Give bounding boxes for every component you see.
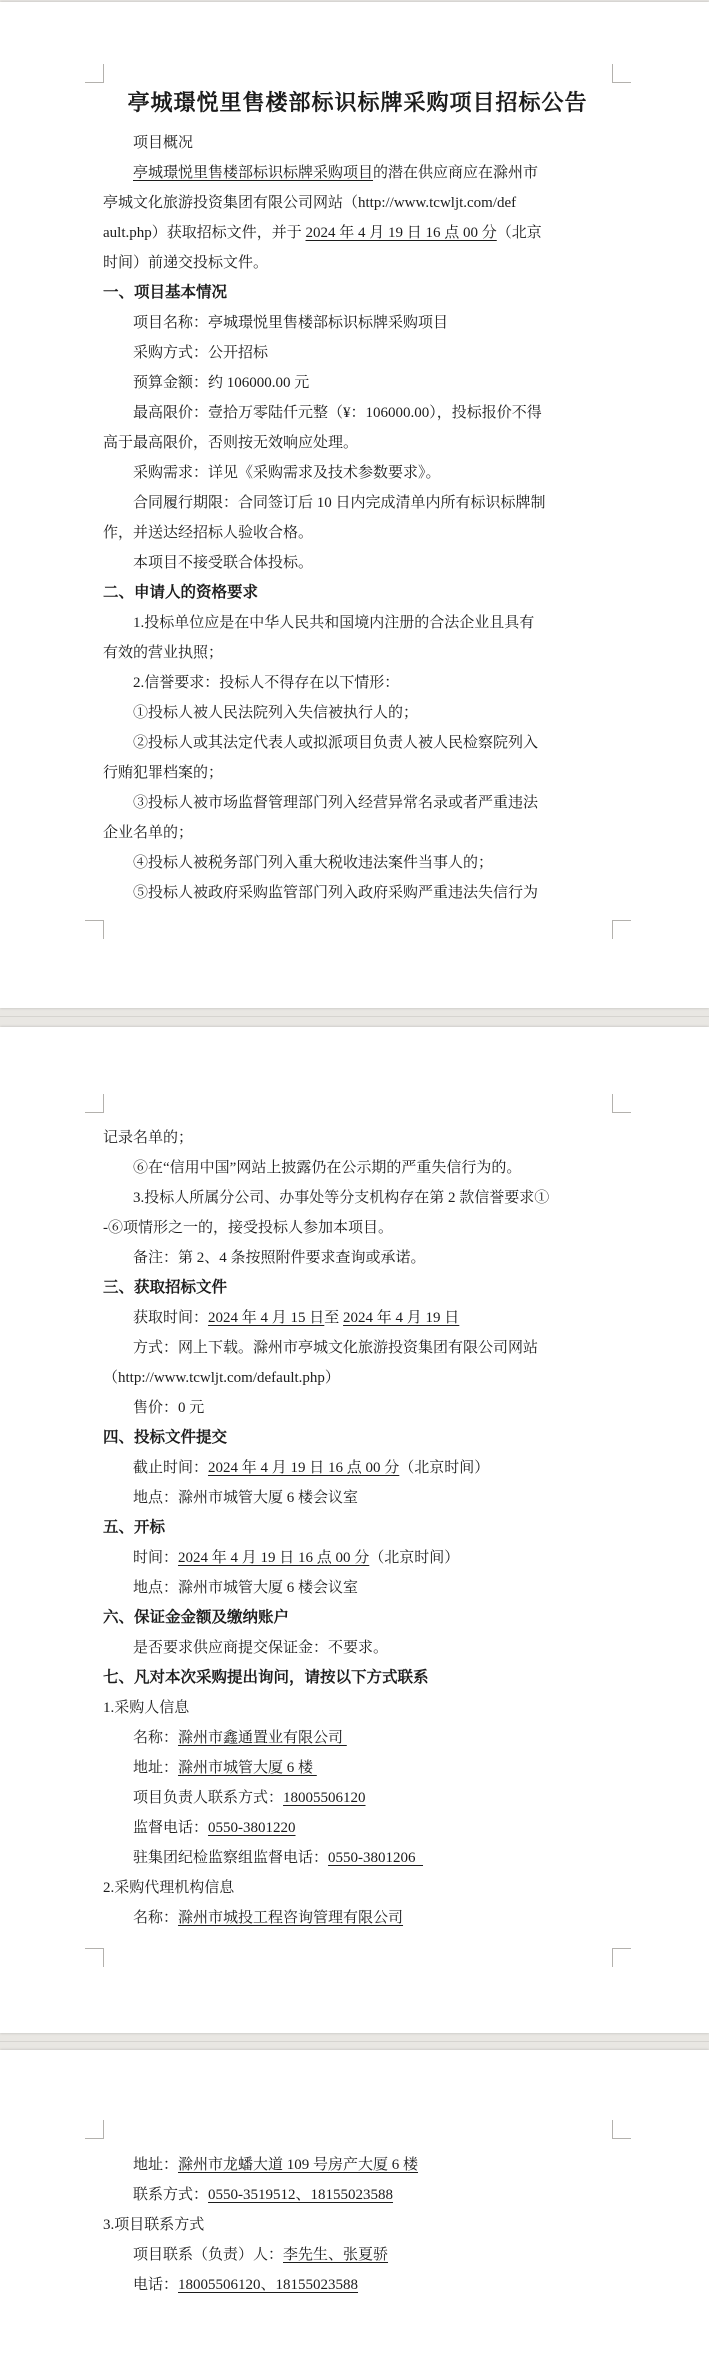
document-line: 2.信誉要求：投标人不得存在以下情形： — [103, 668, 612, 698]
line-segment: 获取时间： — [133, 1310, 208, 1326]
line-segment: 采购需求：详见《采购需求及技术参数要求》。 — [133, 465, 441, 481]
margin-corner-mark — [85, 2120, 104, 2139]
line-segment: 七、凡对本次采购提出询问，请按以下方式联系 — [103, 1669, 429, 1686]
line-segment: 电话： — [133, 2277, 178, 2293]
document-line: 获取时间：2024 年 4 月 15 日至 2024 年 4 月 19 日 — [103, 1303, 612, 1333]
line-segment: 名称： — [133, 1730, 178, 1746]
line-segment: 0550-3519512、18155023588 — [208, 2187, 393, 2203]
document-heading-line: 三、获取招标文件 — [103, 1273, 612, 1303]
line-segment: 滁州市鑫通置业有限公司 — [178, 1730, 347, 1746]
line-segment: 截止时间： — [133, 1460, 208, 1476]
line-segment: 1.投标单位应是在中华人民共和国境内注册的合法企业且具有 — [133, 615, 534, 631]
document-line: ②投标人或其法定代表人或拟派项目负责人被人民检察院列入 — [103, 728, 612, 758]
line-segment: 1.采购人信息 — [103, 1700, 189, 1716]
margin-corner-mark — [85, 920, 104, 939]
document-line: 企业名单的； — [103, 818, 612, 848]
page-gap-line — [0, 1016, 709, 1017]
line-segment: 方式：网上下载。滁州市亭城文化旅游投资集团有限公司网站 — [133, 1340, 538, 1356]
line-segment: 18005506120、18155023588 — [178, 2277, 358, 2293]
margin-corner-mark — [612, 2120, 631, 2139]
line-segment: ②投标人或其法定代表人或拟派项目负责人被人民检察院列入 — [133, 735, 538, 751]
line-segment: （北京 — [497, 225, 542, 241]
document-line: 最高限价：壹拾万零陆仟元整（¥：106000.00），投标报价不得 — [103, 398, 612, 428]
page-gap-line — [0, 2041, 709, 2042]
document-line: 是否要求供应商提交保证金：不要求。 — [103, 1633, 612, 1663]
line-segment: （北京时间） — [369, 1550, 459, 1566]
line-segment: 三、获取招标文件 — [103, 1279, 227, 1296]
line-segment: 0550-3801220 — [208, 1820, 296, 1836]
document-line: 合同履行期限：合同签订后 10 日内完成清单内所有标识标牌制 — [103, 488, 612, 518]
line-segment: 2024 年 4 月 19 日 16 点 00 分 — [306, 225, 497, 241]
line-segment: ④投标人被税务部门列入重大税收违法案件当事人的； — [133, 855, 493, 871]
document-line: ③投标人被市场监督管理部门列入经营异常名录或者严重违法 — [103, 788, 612, 818]
line-segment: 3.投标人所属分公司、办事处等分支机构存在第 2 款信誉要求① — [133, 1190, 549, 1206]
document-line: 时间）前递交投标文件。 — [103, 248, 612, 278]
document-line: ④投标人被税务部门列入重大税收违法案件当事人的； — [103, 848, 612, 878]
line-segment: 预算金额：约 106000.00 元 — [133, 375, 309, 391]
document-line: 本项目不接受联合体投标。 — [103, 548, 612, 578]
page-1-content: 项目概况亭城璟悦里售楼部标识标牌采购项目的潜在供应商应在滁州市亭城文化旅游投资集… — [103, 128, 612, 908]
line-segment: ⑥在“信用中国”网站上披露仍在公示期的严重失信行为的。 — [133, 1160, 521, 1176]
line-segment: 3.项目联系方式 — [103, 2217, 204, 2233]
line-segment: 六、保证金金额及缴纳账户 — [103, 1609, 289, 1626]
line-segment: 的潜在供应商应在滁州市 — [373, 165, 538, 181]
document-line: 记录名单的； — [103, 1123, 612, 1153]
line-segment: 2024 年 4 月 19 日 16 点 00 分 — [178, 1550, 369, 1566]
document-line: 亭城文化旅游投资集团有限公司网站（http://www.tcwljt.com/d… — [103, 188, 612, 218]
document-line: 方式：网上下载。滁州市亭城文化旅游投资集团有限公司网站 — [103, 1333, 612, 1363]
document-line: 作，并送达经招标人验收合格。 — [103, 518, 612, 548]
margin-corner-mark — [612, 1094, 631, 1113]
line-segment: 亭城璟悦里售楼部标识标牌采购项目 — [133, 165, 373, 181]
line-segment: 时间）前递交投标文件。 — [103, 255, 268, 271]
line-segment: 作，并送达经招标人验收合格。 — [103, 525, 313, 541]
line-segment: ⑤投标人被政府采购监管部门列入政府采购严重违法失信行为 — [133, 885, 538, 901]
document-line: 项目名称：亭城璟悦里售楼部标识标牌采购项目 — [103, 308, 612, 338]
line-segment: 2024 年 4 月 19 日 16 点 00 分 — [208, 1460, 399, 1476]
line-segment: 项目负责人联系方式： — [133, 1790, 283, 1806]
margin-corner-mark — [612, 920, 631, 939]
document-line: 项目负责人联系方式：18005506120 — [103, 1783, 612, 1813]
document-line: 地址：滁州市龙蟠大道 109 号房产大厦 6 楼 — [103, 2150, 612, 2180]
line-segment: 亭城文化旅游投资集团有限公司网站（http://www.tcwljt.com/d… — [103, 195, 516, 211]
page-2: 记录名单的；⑥在“信用中国”网站上披露仍在公示期的严重失信行为的。3.投标人所属… — [0, 1027, 709, 2033]
document-line: 时间：2024 年 4 月 19 日 16 点 00 分（北京时间） — [103, 1543, 612, 1573]
page-3-content: 地址：滁州市龙蟠大道 109 号房产大厦 6 楼联系方式：0550-351951… — [103, 2150, 612, 2300]
line-segment: 四、投标文件提交 — [103, 1429, 227, 1446]
line-segment: 联系方式： — [133, 2187, 208, 2203]
document-heading-line: 七、凡对本次采购提出询问，请按以下方式联系 — [103, 1663, 612, 1693]
document-title: 亭城璟悦里售楼部标识标牌采购项目招标公告 — [103, 86, 612, 120]
document-line: 项目概况 — [103, 128, 612, 158]
document-line: ault.php）获取招标文件，并于 2024 年 4 月 19 日 16 点 … — [103, 218, 612, 248]
document-line: -⑥项情形之一的，接受投标人参加本项目。 — [103, 1213, 612, 1243]
document-line: 3.投标人所属分公司、办事处等分支机构存在第 2 款信誉要求① — [103, 1183, 612, 1213]
line-segment: 2.采购代理机构信息 — [103, 1880, 234, 1896]
document-heading-line: 六、保证金金额及缴纳账户 — [103, 1603, 612, 1633]
document-line: 名称：滁州市城投工程咨询管理有限公司 — [103, 1903, 612, 1933]
document-line: 售价：0 元 — [103, 1393, 612, 1423]
document-line: 行贿犯罪档案的； — [103, 758, 612, 788]
document-line: （http://www.tcwljt.com/default.php） — [103, 1363, 612, 1393]
document-line: 1.投标单位应是在中华人民共和国境内注册的合法企业且具有 — [103, 608, 612, 638]
margin-corner-mark — [612, 1948, 631, 1967]
line-segment: 项目联系（负责）人： — [133, 2247, 283, 2263]
document-line: 1.采购人信息 — [103, 1693, 612, 1723]
line-segment: 是否要求供应商提交保证金：不要求。 — [133, 1640, 388, 1656]
line-segment: ③投标人被市场监督管理部门列入经营异常名录或者严重违法 — [133, 795, 538, 811]
line-segment: 至 — [324, 1310, 343, 1326]
line-segment: 项目概况 — [133, 135, 193, 151]
document-viewer: 亭城璟悦里售楼部标识标牌采购项目招标公告 项目概况亭城璟悦里售楼部标识标牌采购项… — [0, 0, 709, 2372]
line-segment: 地点：滁州市城管大厦 6 楼会议室 — [133, 1580, 358, 1596]
document-line: 电话：18005506120、18155023588 — [103, 2270, 612, 2300]
document-line: 2.采购代理机构信息 — [103, 1873, 612, 1903]
line-segment: 五、开标 — [103, 1519, 165, 1536]
line-segment: 地点：滁州市城管大厦 6 楼会议室 — [133, 1490, 358, 1506]
line-segment: （北京时间） — [399, 1460, 489, 1476]
line-segment: 项目名称：亭城璟悦里售楼部标识标牌采购项目 — [133, 315, 448, 331]
line-segment: 滁州市城管大厦 6 楼 — [178, 1760, 317, 1776]
margin-corner-mark — [85, 1094, 104, 1113]
line-segment: 合同履行期限：合同签订后 10 日内完成清单内所有标识标牌制 — [133, 495, 546, 511]
page-2-content: 记录名单的；⑥在“信用中国”网站上披露仍在公示期的严重失信行为的。3.投标人所属… — [103, 1123, 612, 1933]
document-heading-line: 四、投标文件提交 — [103, 1423, 612, 1453]
line-segment: 时间： — [133, 1550, 178, 1566]
document-line: ⑥在“信用中国”网站上披露仍在公示期的严重失信行为的。 — [103, 1153, 612, 1183]
page-3: 地址：滁州市龙蟠大道 109 号房产大厦 6 楼联系方式：0550-351951… — [0, 2050, 709, 2372]
line-segment: 2.信誉要求：投标人不得存在以下情形： — [133, 675, 399, 691]
line-segment: 高于最高限价，否则按无效响应处理。 — [103, 435, 358, 451]
document-line: 驻集团纪检监察组监督电话：0550-3801206 — [103, 1843, 612, 1873]
document-line: 采购方式：公开招标 — [103, 338, 612, 368]
line-segment: 售价：0 元 — [133, 1400, 204, 1416]
line-segment: 0550-3801206 — [328, 1850, 423, 1866]
line-segment: （http://www.tcwljt.com/default.php） — [103, 1370, 340, 1386]
line-segment: 二、申请人的资格要求 — [103, 584, 258, 601]
document-line: 地点：滁州市城管大厦 6 楼会议室 — [103, 1483, 612, 1513]
line-segment: 本项目不接受联合体投标。 — [133, 555, 313, 571]
line-segment: 最高限价：壹拾万零陆仟元整（¥：106000.00），投标报价不得 — [133, 405, 542, 421]
document-line: 联系方式：0550-3519512、18155023588 — [103, 2180, 612, 2210]
document-line: 采购需求：详见《采购需求及技术参数要求》。 — [103, 458, 612, 488]
line-segment: 18005506120 — [283, 1790, 366, 1806]
line-segment: 企业名单的； — [103, 825, 193, 841]
line-segment: 地址： — [133, 2157, 178, 2173]
document-line: 预算金额：约 106000.00 元 — [103, 368, 612, 398]
document-line: ①投标人被人民法院列入失信被执行人的； — [103, 698, 612, 728]
line-segment: 采购方式：公开招标 — [133, 345, 268, 361]
line-segment: 地址： — [133, 1760, 178, 1776]
line-segment: -⑥项情形之一的，接受投标人参加本项目。 — [103, 1220, 393, 1236]
line-segment: 2024 年 4 月 15 日 — [208, 1310, 324, 1326]
line-segment: 一、项目基本情况 — [103, 284, 227, 301]
document-line: 截止时间：2024 年 4 月 19 日 16 点 00 分（北京时间） — [103, 1453, 612, 1483]
margin-corner-mark — [85, 1948, 104, 1967]
document-line: 3.项目联系方式 — [103, 2210, 612, 2240]
line-segment: 有效的营业执照； — [103, 645, 223, 661]
document-heading-line: 五、开标 — [103, 1513, 612, 1543]
document-line: 地址：滁州市城管大厦 6 楼 — [103, 1753, 612, 1783]
line-segment: 2024 年 4 月 19 日 — [343, 1310, 459, 1326]
line-segment: 名称： — [133, 1910, 178, 1926]
line-segment: 行贿犯罪档案的； — [103, 765, 223, 781]
document-line: 高于最高限价，否则按无效响应处理。 — [103, 428, 612, 458]
line-segment: ①投标人被人民法院列入失信被执行人的； — [133, 705, 418, 721]
margin-corner-mark — [612, 64, 631, 83]
document-line: 项目联系（负责）人：李先生、张夏骄 — [103, 2240, 612, 2270]
line-segment: 监督电话： — [133, 1820, 208, 1836]
document-line: 监督电话：0550-3801220 — [103, 1813, 612, 1843]
document-line: 备注：第 2、4 条按照附件要求查询或承诺。 — [103, 1243, 612, 1273]
margin-corner-mark — [85, 64, 104, 83]
document-line: 亭城璟悦里售楼部标识标牌采购项目的潜在供应商应在滁州市 — [103, 158, 612, 188]
document-line: ⑤投标人被政府采购监管部门列入政府采购严重违法失信行为 — [103, 878, 612, 908]
line-segment: 李先生、张夏骄 — [283, 2247, 388, 2263]
document-line: 名称：滁州市鑫通置业有限公司 — [103, 1723, 612, 1753]
line-segment: 滁州市龙蟠大道 109 号房产大厦 6 楼 — [178, 2157, 418, 2173]
document-line: 地点：滁州市城管大厦 6 楼会议室 — [103, 1573, 612, 1603]
page-1: 亭城璟悦里售楼部标识标牌采购项目招标公告 项目概况亭城璟悦里售楼部标识标牌采购项… — [0, 2, 709, 1008]
document-heading-line: 二、申请人的资格要求 — [103, 578, 612, 608]
line-segment: ault.php）获取招标文件，并于 — [103, 225, 306, 241]
line-segment: 备注：第 2、4 条按照附件要求查询或承诺。 — [133, 1250, 426, 1266]
line-segment: 记录名单的； — [103, 1130, 193, 1146]
document-heading-line: 一、项目基本情况 — [103, 278, 612, 308]
line-segment: 驻集团纪检监察组监督电话： — [133, 1850, 328, 1866]
line-segment: 滁州市城投工程咨询管理有限公司 — [178, 1910, 403, 1926]
document-line: 有效的营业执照； — [103, 638, 612, 668]
